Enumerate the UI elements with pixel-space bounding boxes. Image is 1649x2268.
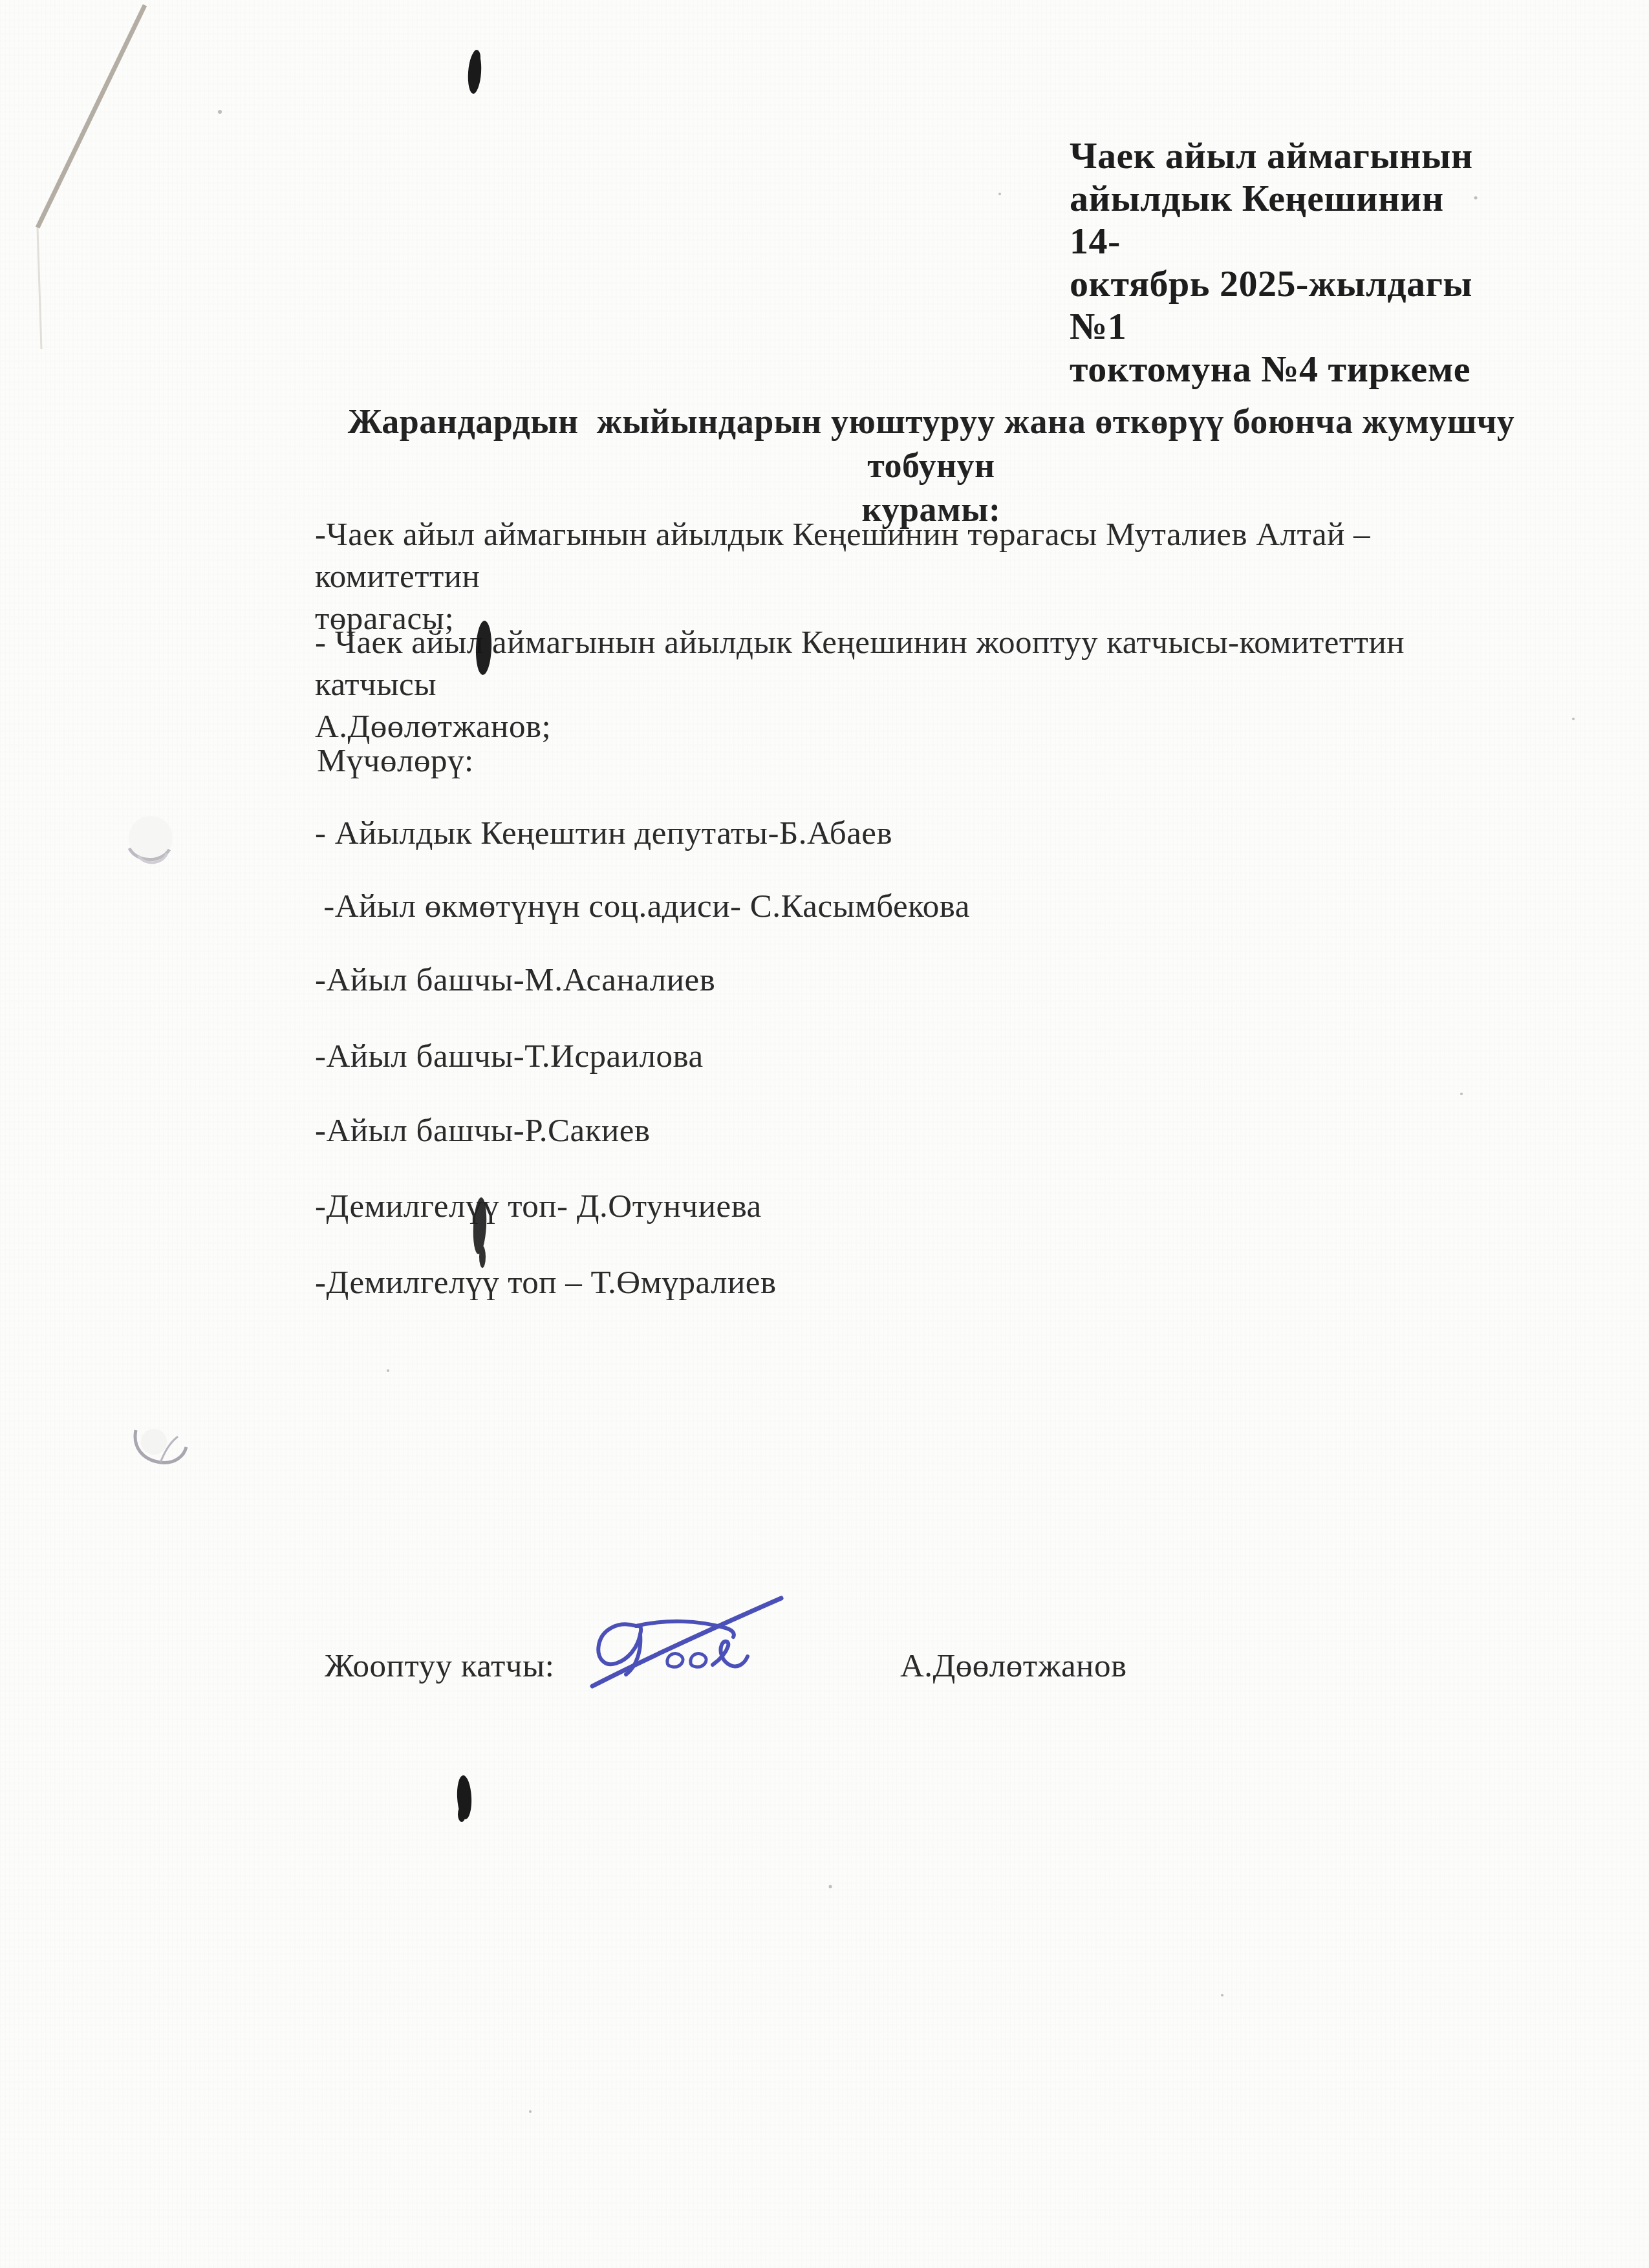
member-item-initiative-group-1: -Демилгелүү топ- Д.Отунчиева — [315, 1188, 762, 1225]
header-reference-block: Чаек айыл аймагынын айылдык Кеңешинин 14… — [1070, 134, 1496, 390]
member-item-village-head-3: -Айыл башчы-Р.Сакиев — [315, 1112, 651, 1150]
ink-blob-top — [467, 50, 483, 94]
hole-punch-mark-2 — [135, 1429, 186, 1462]
member-item-initiative-group-2: -Демилгелүү топ – Т.Өмүралиев — [315, 1264, 776, 1301]
paragraph-chairman: -Чаек айыл аймагынын айылдык Кеңешинин т… — [315, 514, 1524, 640]
signature-label: Жооптуу катчы: — [325, 1647, 554, 1685]
member-item-village-head-1: -Айыл башчы-М.Асаналиев — [315, 961, 715, 999]
member-item-deputy: - Айылдык Кеңештин депутаты-Б.Абаев — [315, 815, 892, 852]
page-edge-line-tail — [38, 228, 41, 349]
hole-punch-mark-1 — [129, 816, 173, 862]
member-item-social-specialist: -Айыл өкмөтүнүн соц.адиси- С.Касымбекова — [315, 888, 970, 925]
member-item-village-head-2: -Айыл башчы-Т.Исраилова — [315, 1038, 704, 1075]
scanned-document-page: Чаек айыл аймагынын айылдык Кеңешинин 14… — [0, 0, 1649, 2268]
document-title: Жарандардын жыйындарын уюштуруу жана өтк… — [304, 400, 1558, 531]
signature-ink — [550, 1565, 841, 1746]
ink-blob-bottom — [456, 1775, 473, 1822]
members-label: Мүчөлөрү: — [317, 742, 474, 780]
signature-name: А.Дөөлөтжанов — [900, 1647, 1126, 1685]
page-edge-line — [38, 5, 145, 228]
paragraph-secretary: - Чаек айыл аймагынын айылдык Кеңешинин … — [315, 622, 1524, 748]
